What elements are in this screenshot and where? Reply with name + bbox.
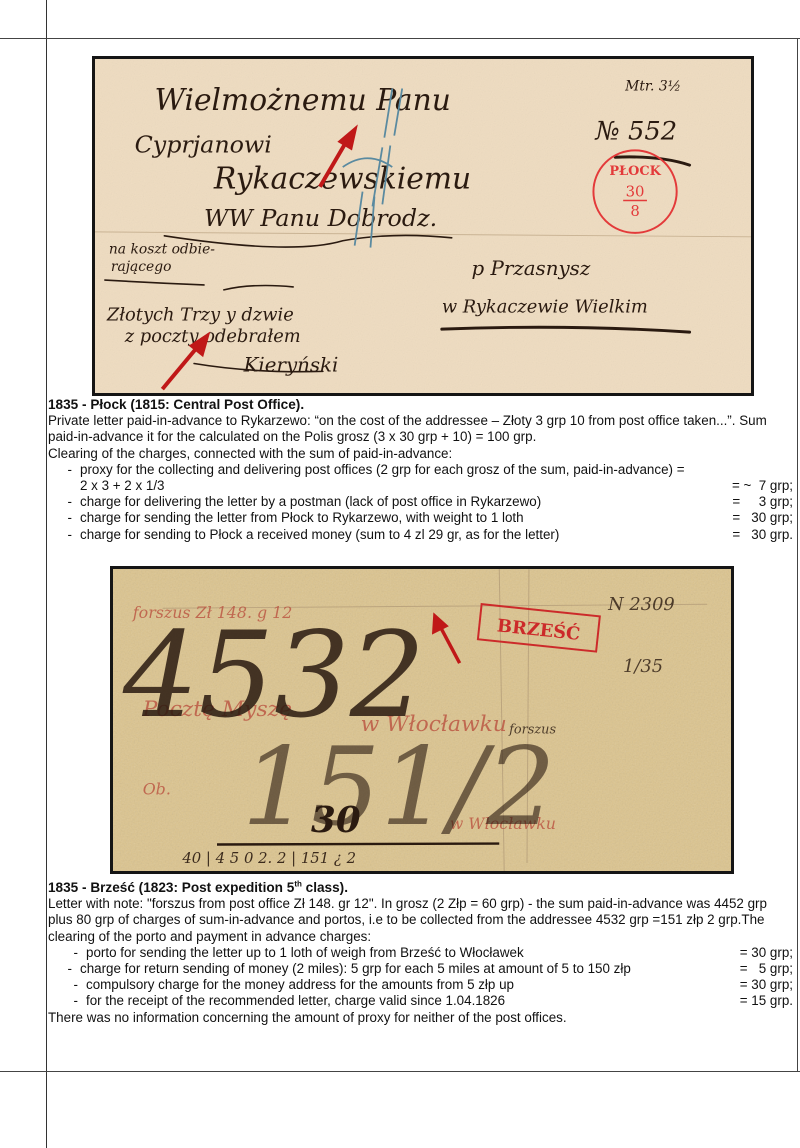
svg-text:Mtr. 3½: Mtr. 3½ [624, 78, 681, 94]
svg-text:30: 30 [626, 184, 645, 201]
svg-text:p Przasnysz: p Przasnysz [472, 257, 591, 280]
svg-text:PŁOCK: PŁOCK [609, 164, 661, 179]
footer-rule [0, 1071, 800, 1072]
header-rule [0, 38, 800, 39]
letter-image-brzesc: forszus Zł 148. g 12 Pocztę Myszę w Włoc… [110, 566, 734, 874]
svg-text:Ob.: Ob. [143, 780, 171, 799]
section-plock: 1835 - Płock (1815: Central Post Office)… [48, 397, 793, 543]
svg-text:na koszt odbie-: na koszt odbie- [109, 242, 215, 258]
svg-text:Kieryński: Kieryński [243, 353, 339, 376]
svg-text:№ 552: № 552 [594, 117, 677, 147]
charge-item: - charge for sending the letter from Pło… [48, 510, 793, 526]
svg-text:30: 30 [311, 800, 361, 841]
section-paragraph: Private letter paid-in-advance to Rykarz… [48, 413, 793, 445]
charge-item: - for the receipt of the recommended let… [48, 993, 793, 1009]
charge-item: - charge for delivering the letter by a … [48, 494, 793, 510]
svg-text:rającego: rającego [111, 259, 172, 275]
margin-rule-vertical [46, 0, 47, 1148]
letter-image-plock: Wielmożnemu Panu Cyprjanowi Rykaczewskie… [92, 56, 754, 396]
svg-text:forszus: forszus [508, 723, 556, 738]
svg-text:z poczty odebrałem: z poczty odebrałem [124, 327, 301, 347]
section-title: 1835 - Płock (1815: Central Post Office)… [48, 397, 793, 413]
script-line: Wielmożnemu Panu [154, 83, 450, 117]
svg-text:WW Panu Dobrodz.: WW Panu Dobrodz. [204, 204, 437, 232]
svg-text:Złotych Trzy y dzwie: Złotych Trzy y dzwie [106, 305, 294, 325]
svg-text:N 2309: N 2309 [607, 595, 675, 615]
charge-item: - charge for return sending of money (2 … [48, 961, 793, 977]
closing-note: There was no information concerning the … [48, 1010, 793, 1026]
charges-intro: Clearing of the charges, connected with … [48, 446, 793, 462]
svg-text:Rykaczewskiemu: Rykaczewskiemu [213, 162, 471, 196]
charge-item: - compulsory charge for the money addres… [48, 977, 793, 993]
section-title: 1835 - Brześć (1823: Post expedition 5th… [48, 880, 793, 896]
section-brzesc: 1835 - Brześć (1823: Post expedition 5th… [48, 880, 793, 1026]
svg-text:Cyprjanowi: Cyprjanowi [135, 130, 272, 158]
charge-item: - porto for sending the letter up to 1 l… [48, 945, 793, 961]
svg-text:8: 8 [630, 203, 639, 220]
svg-text:1/35: 1/35 [623, 657, 663, 677]
section-paragraph: Letter with note: "forszus from post off… [48, 896, 793, 945]
svg-text:40 | 4 5 0 2. 2 | 151 ¿ 2: 40 | 4 5 0 2. 2 | 151 ¿ 2 [181, 850, 356, 867]
charge-item: - charge for sending to Płock a received… [48, 527, 793, 543]
charge-item: - proxy for the collecting and deliverin… [48, 462, 793, 494]
svg-text:w Rykaczewie Wielkim: w Rykaczewie Wielkim [442, 298, 648, 318]
svg-text:151/2: 151/2 [242, 723, 556, 849]
right-border-rule [797, 38, 798, 1071]
